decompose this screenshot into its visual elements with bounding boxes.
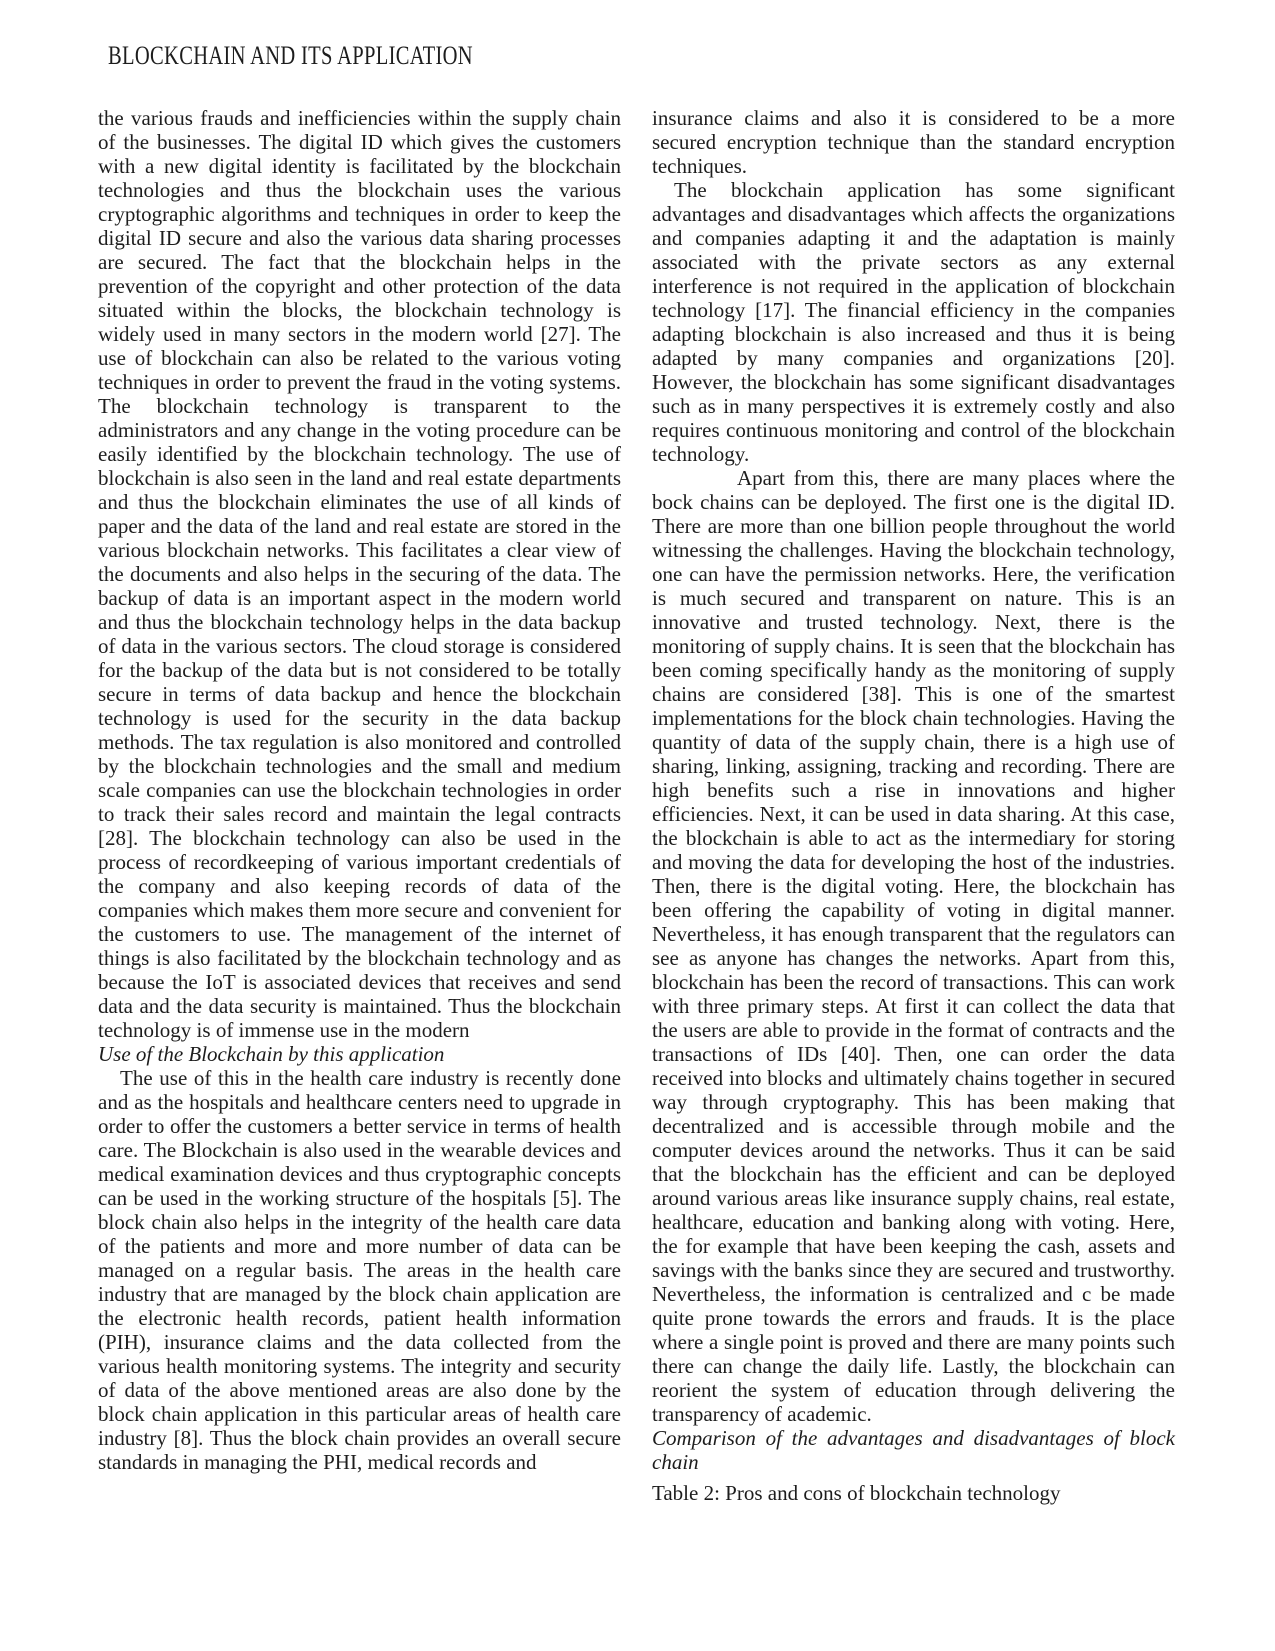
section-heading-comparison: Comparison of the advantages and disadva…	[652, 1426, 1175, 1474]
paragraph-advantages-disadvantages: The blockchain application has some sign…	[652, 178, 1175, 466]
running-head: BLOCKCHAIN AND ITS APPLICATION	[108, 43, 473, 69]
paragraph-continuation-right: insurance claims and also it is consider…	[652, 106, 1175, 178]
document-page: BLOCKCHAIN AND ITS APPLICATION the vario…	[0, 0, 1275, 1651]
table-caption: Table 2: Pros and cons of blockchain tec…	[652, 1481, 1175, 1505]
paragraph-deployment-places: Apart from this, there are many places w…	[652, 466, 1175, 1426]
section-heading-use-of-blockchain: Use of the Blockchain by this applicatio…	[98, 1042, 621, 1066]
right-column: insurance claims and also it is consider…	[652, 106, 1175, 1505]
paragraph-healthcare: The use of this in the health care indus…	[98, 1066, 621, 1474]
left-column: the various frauds and inefficiencies wi…	[98, 106, 621, 1474]
paragraph-continuation-left: the various frauds and inefficiencies wi…	[98, 106, 621, 1042]
